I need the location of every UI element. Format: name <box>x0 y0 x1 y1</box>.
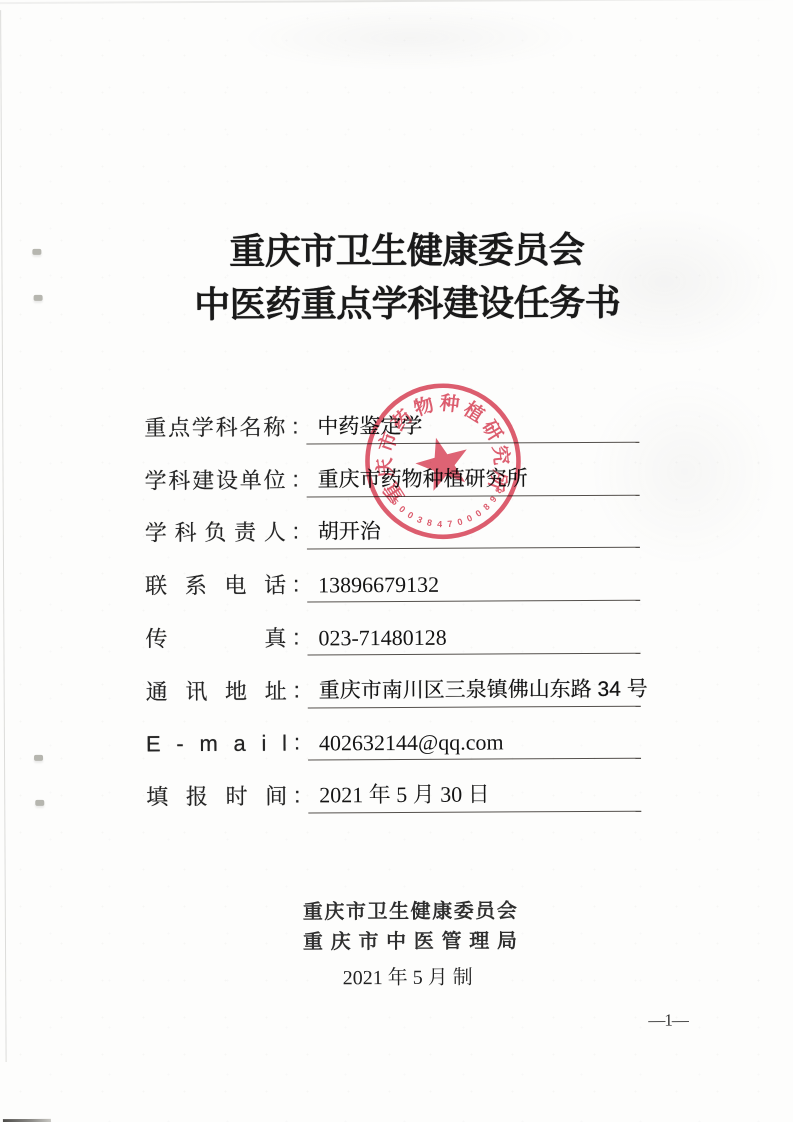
staple-mark <box>35 800 44 806</box>
field-label: 填 报 时 间 <box>146 785 287 810</box>
field-colon: : <box>294 783 300 809</box>
seal-code-digit: 3 <box>416 514 424 525</box>
official-seal: 重庆市药物种植研究所5003847000898 <box>352 370 534 552</box>
field-underline: 402632144@qq.com <box>308 725 641 761</box>
field-colon: : <box>293 467 299 493</box>
title-line-2: 中医药重点学科建设任务书 <box>23 275 792 332</box>
footer-org-line-1: 重庆市卫生健康委员会 <box>303 896 517 927</box>
field-colon: : <box>294 678 300 704</box>
field-colon: : <box>293 519 299 545</box>
field-underline: 023-71480128 <box>307 620 640 656</box>
title-line-1: 重庆市卫生健康委员会 <box>22 222 791 279</box>
field-label: 传 真 <box>145 627 286 652</box>
form-row: E - m a i l:402632144@qq.com <box>146 725 641 762</box>
field-label: E - m a i l <box>146 732 287 757</box>
field-value: 13896679132 <box>318 572 439 599</box>
page-number: —1— <box>648 1010 688 1030</box>
field-value: 023-71480128 <box>318 625 446 652</box>
footer-date: 2021 年 5 月 制 <box>2 959 793 992</box>
seal-code-digit: 0 <box>397 504 407 515</box>
field-label: 通 讯 地 址 <box>146 680 287 705</box>
seal-org-text-char: 药 <box>387 405 417 435</box>
form-row: 传 真:023-71480128 <box>145 620 640 657</box>
seal-code-digit: 7 <box>447 519 453 529</box>
seal-code-digit: 8 <box>426 517 433 528</box>
bleed-through-artifact <box>245 5 575 71</box>
seal-org-text-char: 究 <box>488 444 513 466</box>
field-colon: : <box>294 730 300 756</box>
scan-edge-top <box>0 0 790 4</box>
scanned-document-page: 重庆市卫生健康委员会 中医药重点学科建设任务书 重点学科名称:中药鉴定学学科建设… <box>0 0 793 1122</box>
seal-org-text-char: 种 <box>438 391 462 416</box>
field-value: 402632144@qq.com <box>319 729 504 756</box>
seal-org-text-char: 物 <box>411 392 437 420</box>
form-row: 联 系 电 话:13896679132 <box>145 567 640 604</box>
field-label: 联 系 电 话 <box>145 574 286 599</box>
seal-code-digit: 0 <box>474 508 484 519</box>
scan-area: 重庆市卫生健康委员会 中医药重点学科建设任务书 重点学科名称:中药鉴定学学科建设… <box>0 0 793 1122</box>
document-title: 重庆市卫生健康委员会 中医药重点学科建设任务书 <box>0 222 792 332</box>
seal-org-text-char: 市 <box>374 429 402 455</box>
field-colon: : <box>292 414 298 440</box>
seal-code-digit: 0 <box>456 516 464 527</box>
field-label: 学科负责人 <box>145 521 286 546</box>
form-row: 通 讯 地 址:重庆市南川区三泉镇佛山东路 34 号 <box>146 673 641 710</box>
footer-organizations: 重庆市卫生健康委员会 重庆市中医管理局 <box>303 896 517 957</box>
field-colon: : <box>293 625 299 651</box>
seal-org-text-char: 研 <box>477 417 506 446</box>
seal-code-digit: 0 <box>465 513 474 524</box>
staple-mark <box>34 755 43 761</box>
field-label: 重点学科名称 <box>144 416 285 441</box>
field-underline: 重庆市南川区三泉镇佛山东路 34 号 <box>308 673 641 709</box>
field-label: 学科建设单位 <box>145 469 286 494</box>
field-colon: : <box>293 572 299 598</box>
field-value: 重庆市南川区三泉镇佛山东路 34 号 <box>319 673 648 705</box>
field-value: 2021 年 5 月 30 日 <box>319 778 490 810</box>
seal-code-digit: 8 <box>481 502 492 513</box>
field-underline: 13896679132 <box>307 567 640 603</box>
seal-code-digit: 4 <box>437 519 443 529</box>
footer-org-line-2: 重庆市中医管理局 <box>303 926 517 957</box>
seal-code-digit: 0 <box>406 510 415 521</box>
seal-org-text-char: 庆 <box>373 456 398 478</box>
form-row: 填 报 时 间:2021 年 5 月 30 日 <box>146 778 641 815</box>
seal-code-digit: 9 <box>488 494 499 504</box>
seal-star-icon <box>413 435 471 493</box>
scan-edge-left <box>0 10 7 1062</box>
field-underline: 2021 年 5 月 30 日 <box>308 778 641 814</box>
